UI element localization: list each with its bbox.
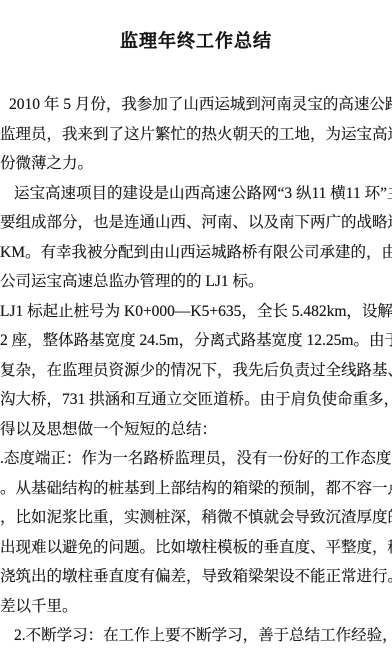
text-line: 2 座，整体路基宽度 24.5m，分离式路基宽度 12.25m。由于本地地质较 (0, 326, 392, 356)
text-line: 复杂，在监理员资源少的情况下，我先后负责过全线路基、五龙峪大桥 (0, 356, 392, 386)
text-line: 浇筑出的墩柱垂直度有偏差，导致箱梁架设不能正常进行。所谓是失之 (0, 562, 392, 592)
text-line: .态度端正：作为一名路桥监理员，没有一份好的工作态度是不行的。 (0, 444, 392, 474)
text-line: 公司运宝高速总监办管理的的 LJ1 标。 (0, 267, 392, 297)
text-line: 要组成部分，也是连通山西、河南、以及南下两广的战略通道，公路全 (0, 208, 392, 238)
document-body: 2010 年 5 月份，我参加了山西运城到河南灵宝的高速公路的建设。作 监理员，… (0, 90, 392, 648)
text-line: 差以千里。 (0, 592, 392, 622)
text-line: 监理员，我来到了这片繁忙的热火朝天的工地，为运宝高速建设贡献自 (0, 120, 392, 150)
text-line: 得以及思想做一个短短的总结： (0, 415, 392, 445)
text-line: 运宝高速项目的建设是山西高速公路网“3 纵11 横11 环”主骨架中 (0, 179, 392, 209)
document-title: 监理年终工作总结 (0, 0, 392, 47)
text-line: 。从基础结构的桩基到上部结构的箱梁的预制，都不容一点马虎。要注 (0, 474, 392, 504)
document-page: 监理年终工作总结 2010 年 5 月份，我参加了山西运城到河南灵宝的高速公路的… (0, 0, 392, 648)
text-line: ，比如泥浆比重，实测桩深，稍微不慎就会导致沉渣厚度的增加，严重 (0, 503, 392, 533)
text-line: LJ1 标起止桩号为 K0+000—K5+635，全长 5.482km，设解州互… (0, 297, 392, 327)
text-line: 2010 年 5 月份，我参加了山西运城到河南灵宝的高速公路的建设。作 (0, 90, 392, 120)
text-line: 沟大桥，731 拱涵和互通立交匝道桥。由于肩负使命重多，个人把这一 (0, 385, 392, 415)
text-line: 2.不断学习：在工作上要不断学习，善于总结工作经验，做到在工 (0, 621, 392, 648)
text-line: 份微薄之力。 (0, 149, 392, 179)
text-line: 出现难以避免的问题。比如墩柱模板的垂直度、平整度，稍微不注意就 (0, 533, 392, 563)
text-line: KM。有幸我被分配到由山西运城路桥有限公司承建的，由山西省交通 (0, 238, 392, 268)
